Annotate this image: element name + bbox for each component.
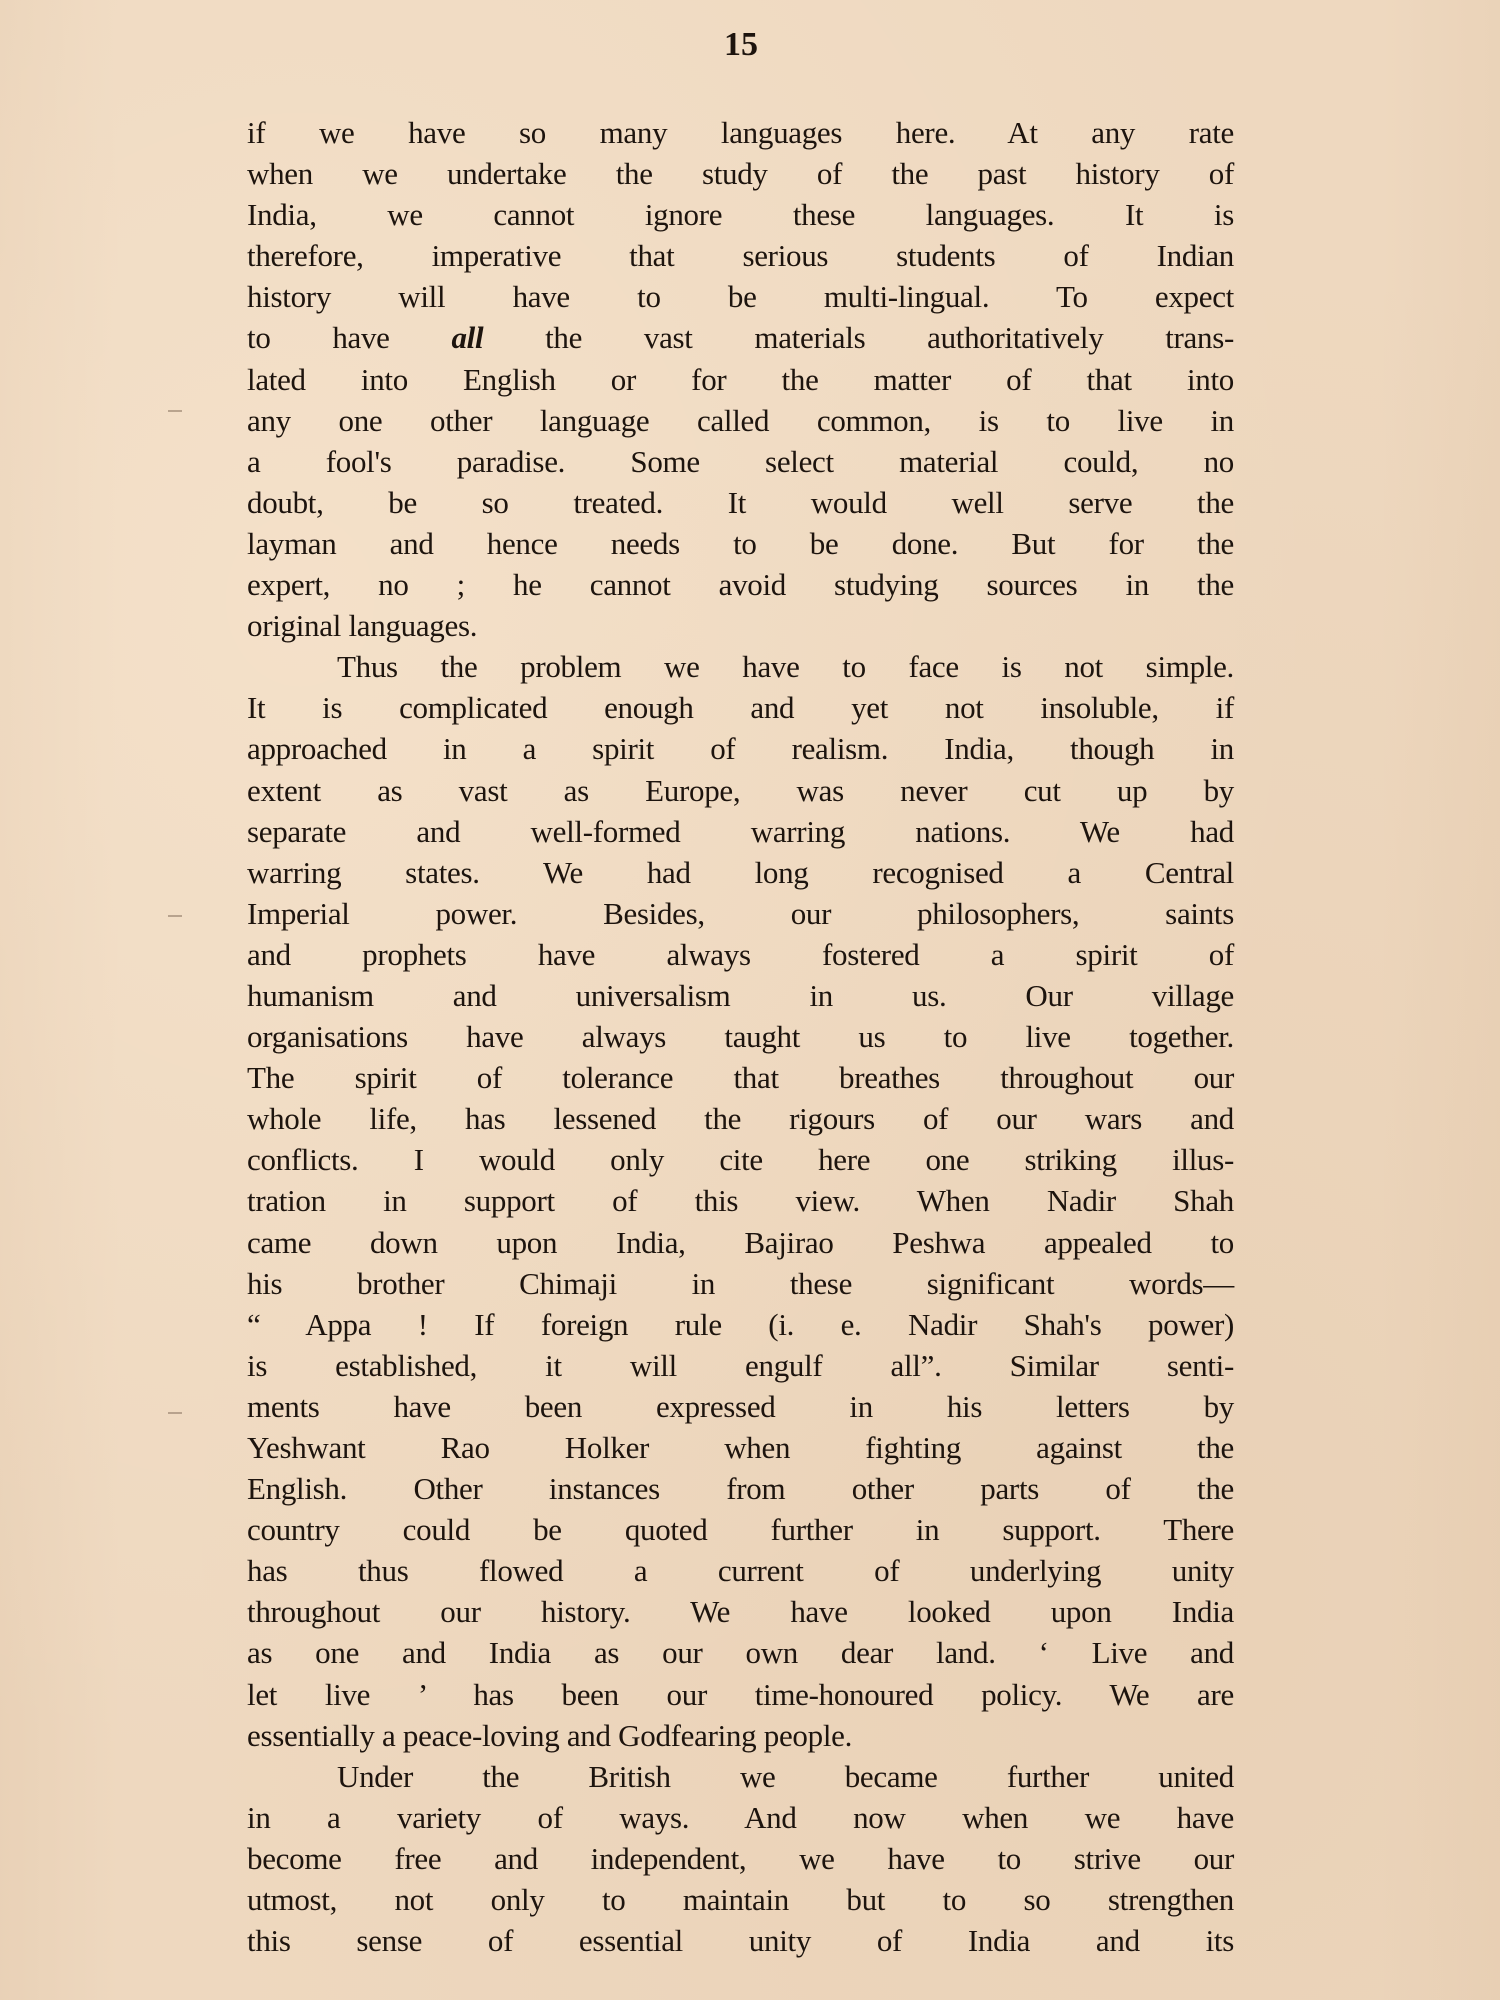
text-line: It is complicated enough and yet not ins… <box>247 687 1234 728</box>
text-line: English. Other instances from other part… <box>247 1468 1234 1509</box>
text-line: therefore, imperative that serious stude… <box>247 235 1234 276</box>
paragraph: if we have so many languages here. At an… <box>247 112 1234 646</box>
text-line: become free and independent, we have to … <box>247 1838 1234 1879</box>
text-line: Yeshwant Rao Holker when fighting agains… <box>247 1427 1234 1468</box>
page-number: 15 <box>0 26 1482 64</box>
text-line: let live ’ has been our time-honoured po… <box>247 1674 1234 1715</box>
text-line: organisations have always taught us to l… <box>247 1016 1234 1057</box>
text-line: came down upon India, Bajirao Peshwa app… <box>247 1222 1234 1263</box>
margin-mark <box>168 915 182 917</box>
text-line: doubt, be so treated. It would well serv… <box>247 482 1234 523</box>
text-line: lated into English or for the matter of … <box>247 359 1234 400</box>
text-line: as one and India as our own dear land. ‘… <box>247 1632 1234 1673</box>
text-line: essentially a peace-loving and Godfearin… <box>247 1715 1234 1756</box>
text-line: Imperial power. Besides, our philosopher… <box>247 893 1234 934</box>
text-line: is established, it will engulf all”. Sim… <box>247 1345 1234 1386</box>
text-line: The spirit of tolerance that breathes th… <box>247 1057 1234 1098</box>
text-line: his brother Chimaji in these significant… <box>247 1263 1234 1304</box>
text-line: conflicts. I would only cite here one st… <box>247 1139 1234 1180</box>
text-line: approached in a spirit of realism. India… <box>247 728 1234 769</box>
text-line: throughout our history. We have looked u… <box>247 1591 1234 1632</box>
text-line: tration in support of this view. When Na… <box>247 1180 1234 1221</box>
margin-mark <box>168 1412 182 1414</box>
text-line: ments have been expressed in his letters… <box>247 1386 1234 1427</box>
text-line: extent as vast as Europe, was never cut … <box>247 770 1234 811</box>
text-line: humanism and universalism in us. Our vil… <box>247 975 1234 1016</box>
text-line: separate and well-formed warring nations… <box>247 811 1234 852</box>
text-line: India, we cannot ignore these languages.… <box>247 194 1234 235</box>
text-line: this sense of essential unity of India a… <box>247 1920 1234 1961</box>
text-line: layman and hence needs to be done. But f… <box>247 523 1234 564</box>
text-line: any one other language called common, is… <box>247 400 1234 441</box>
text-line: Thus the problem we have to face is not … <box>247 646 1234 687</box>
text-line: warring states. We had long recognised a… <box>247 852 1234 893</box>
paragraph: Under the British we became further unit… <box>247 1756 1234 1961</box>
text-line: has thus flowed a current of underlying … <box>247 1550 1234 1591</box>
text-line: Under the British we became further unit… <box>247 1756 1234 1797</box>
emphasis: all <box>451 320 483 355</box>
text-line: when we undertake the study of the past … <box>247 153 1234 194</box>
text-line: utmost, not only to maintain but to so s… <box>247 1879 1234 1920</box>
text-line: if we have so many languages here. At an… <box>247 112 1234 153</box>
text-line: and prophets have always fostered a spir… <box>247 934 1234 975</box>
text-line: history will have to be multi-lingual. T… <box>247 276 1234 317</box>
text-line: to have all the vast materials authorita… <box>247 317 1234 358</box>
text-line: “ Appa ! If foreign rule (i. e. Nadir Sh… <box>247 1304 1234 1345</box>
text-line: a fool's paradise. Some select material … <box>247 441 1234 482</box>
text-line: in a variety of ways. And now when we ha… <box>247 1797 1234 1838</box>
text-line: whole life, has lessened the rigours of … <box>247 1098 1234 1139</box>
text-line: expert, no ; he cannot avoid studying so… <box>247 564 1234 605</box>
text-line: original languages. <box>247 605 1234 646</box>
text-line: country could be quoted further in suppo… <box>247 1509 1234 1550</box>
paragraph: Thus the problem we have to face is not … <box>247 646 1234 1756</box>
body-text: if we have so many languages here. At an… <box>247 112 1234 1961</box>
margin-mark <box>168 410 182 412</box>
